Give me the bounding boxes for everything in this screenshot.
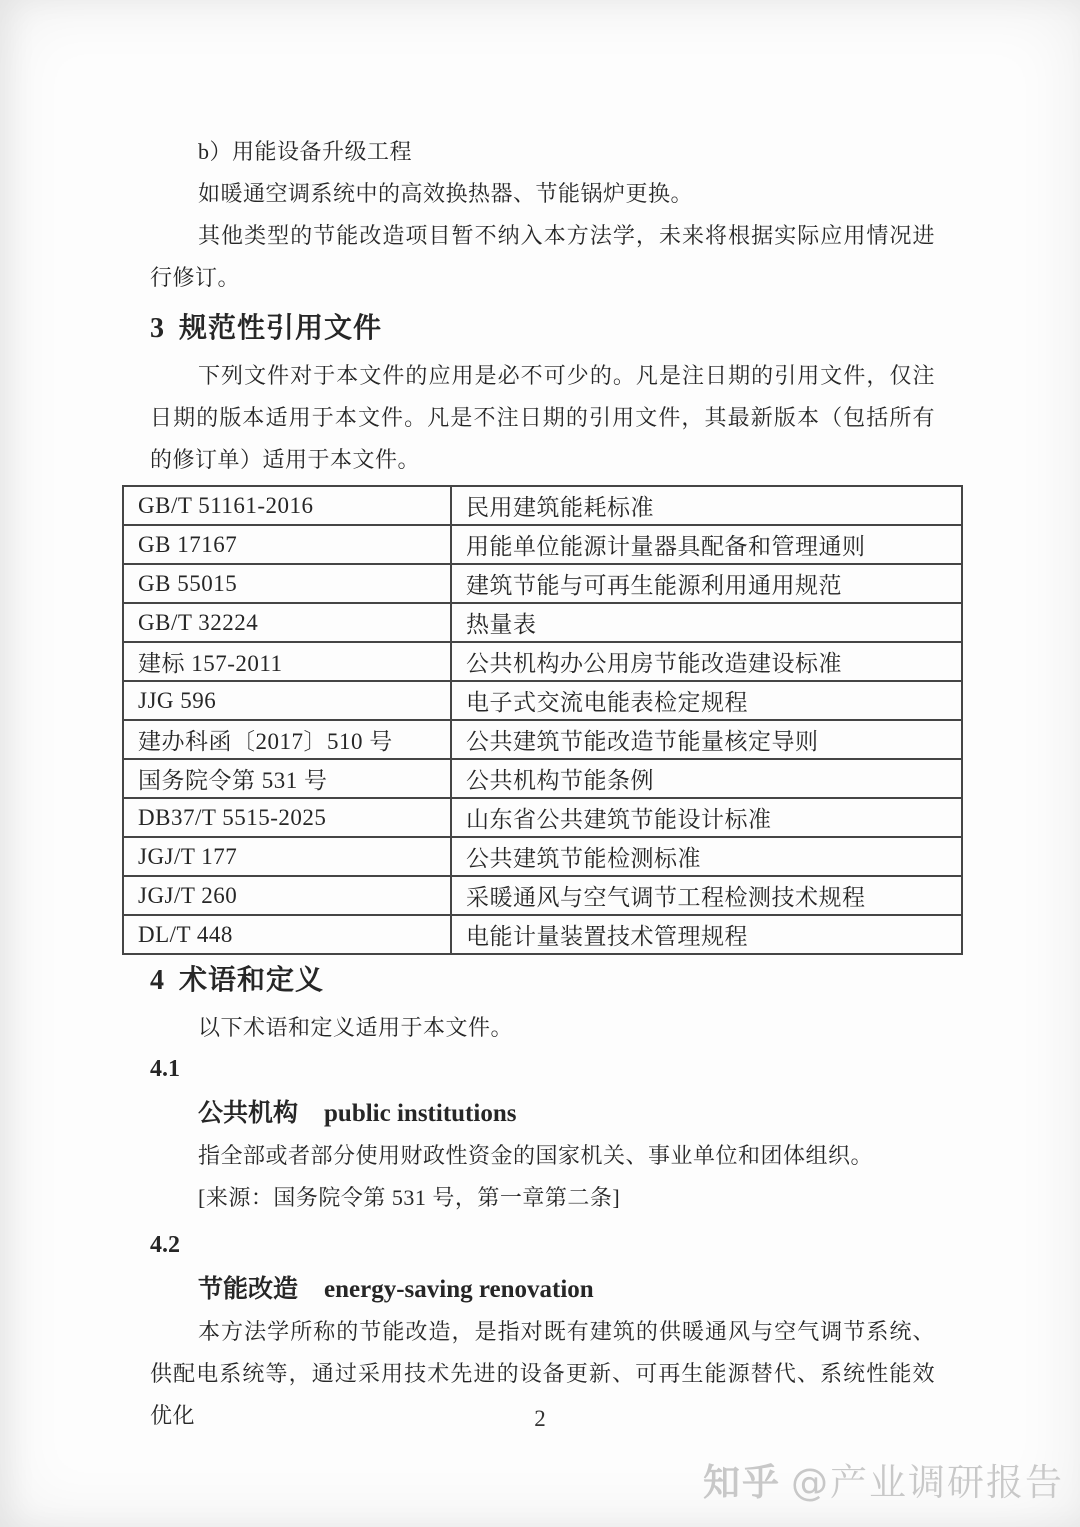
reference-code: JJG 596	[123, 681, 451, 720]
table-row: JJG 596 电子式交流电能表检定规程	[123, 681, 962, 720]
term-4-1-definition: 指全部或者部分使用财政性资金的国家机关、事业单位和团体组织。	[150, 1135, 935, 1177]
term-4-2-en: energy-saving renovation	[324, 1276, 594, 1303]
reference-title: 电能计量装置技术管理规程	[451, 915, 962, 954]
term-4-2-zh: 节能改造	[198, 1276, 298, 1303]
table-row: DB37/T 5515-2025 山东省公共建筑节能设计标准	[123, 798, 962, 837]
term-4-2-number: 4.2	[150, 1227, 935, 1263]
scope-note-paragraph: 其他类型的节能改造项目暂不纳入本方法学，未来将根据实际应用情况进行修订。	[150, 215, 935, 299]
page-number: 2	[0, 1406, 1080, 1432]
section-4-heading: 4术语和定义	[150, 961, 935, 1001]
reference-code: JGJ/T 260	[123, 876, 451, 915]
term-4-1-number: 4.1	[150, 1051, 935, 1087]
section-4-intro-paragraph: 以下术语和定义适用于本文件。	[150, 1007, 935, 1049]
reference-code: GB 55015	[123, 564, 451, 603]
reference-title: 用能单位能源计量器具配备和管理通则	[451, 525, 962, 564]
section-4-number: 4	[150, 965, 165, 996]
reference-title: 民用建筑能耗标准	[451, 486, 962, 525]
table-row: 建标 157-2011 公共机构办公用房节能改造建设标准	[123, 642, 962, 681]
term-4-1-zh: 公共机构	[198, 1100, 298, 1127]
document-page: b）用能设备升级工程 如暖通空调系统中的高效换热器、节能锅炉更换。 其他类型的节…	[0, 0, 1080, 1527]
section-3-title: 规范性引用文件	[179, 313, 382, 344]
table-row: 国务院令第 531 号 公共机构节能条例	[123, 759, 962, 798]
term-4-1-en: public institutions	[324, 1100, 516, 1127]
page-content: b）用能设备升级工程 如暖通空调系统中的高效换热器、节能锅炉更换。 其他类型的节…	[150, 0, 935, 1437]
term-4-1-source: [来源：国务院令第 531 号，第一章第二条]	[150, 1177, 935, 1219]
reference-code: GB/T 51161-2016	[123, 486, 451, 525]
table-row: GB/T 32224 热量表	[123, 603, 962, 642]
section-3-intro-paragraph: 下列文件对于本文件的应用是必不可少的。凡是注日期的引用文件，仅注日期的版本适用于…	[150, 355, 935, 481]
reference-code: JGJ/T 177	[123, 837, 451, 876]
table-row: DL/T 448 电能计量装置技术管理规程	[123, 915, 962, 954]
reference-title: 采暖通风与空气调节工程检测技术规程	[451, 876, 962, 915]
table-row: GB 55015 建筑节能与可再生能源利用通用规范	[123, 564, 962, 603]
section-4-title: 术语和定义	[179, 965, 324, 996]
reference-title: 公共机构节能条例	[451, 759, 962, 798]
list-item-b: b）用能设备升级工程	[150, 131, 935, 173]
reference-title: 公共建筑节能改造节能量核定导则	[451, 720, 962, 759]
watermark-handle: @产业调研报告	[791, 1461, 1064, 1504]
table-row: 建办科函〔2017〕510 号 公共建筑节能改造节能量核定导则	[123, 720, 962, 759]
reference-code: 国务院令第 531 号	[123, 759, 451, 798]
section-3-heading: 3规范性引用文件	[150, 309, 935, 349]
reference-title: 公共机构办公用房节能改造建设标准	[451, 642, 962, 681]
normative-references-table: GB/T 51161-2016 民用建筑能耗标准 GB 17167 用能单位能源…	[122, 485, 963, 955]
section-3-number: 3	[150, 313, 165, 344]
reference-title: 热量表	[451, 603, 962, 642]
reference-code: GB/T 32224	[123, 603, 451, 642]
reference-code: DB37/T 5515-2025	[123, 798, 451, 837]
reference-code: 建办科函〔2017〕510 号	[123, 720, 451, 759]
table-row: GB 17167 用能单位能源计量器具配备和管理通则	[123, 525, 962, 564]
example-line: 如暖通空调系统中的高效换热器、节能锅炉更换。	[150, 173, 935, 215]
reference-code: 建标 157-2011	[123, 642, 451, 681]
reference-title: 山东省公共建筑节能设计标准	[451, 798, 962, 837]
reference-code: DL/T 448	[123, 915, 451, 954]
zhihu-watermark: 知乎@产业调研报告	[703, 1452, 1064, 1506]
reference-code: GB 17167	[123, 525, 451, 564]
term-4-1-line: 公共机构public institutions	[150, 1095, 935, 1133]
reference-title: 电子式交流电能表检定规程	[451, 681, 962, 720]
zhihu-logo: 知乎	[703, 1461, 781, 1504]
reference-title: 建筑节能与可再生能源利用通用规范	[451, 564, 962, 603]
reference-title: 公共建筑节能检测标准	[451, 837, 962, 876]
table-row: JGJ/T 260 采暖通风与空气调节工程检测技术规程	[123, 876, 962, 915]
term-4-2-line: 节能改造energy-saving renovation	[150, 1271, 935, 1309]
table-row: JGJ/T 177 公共建筑节能检测标准	[123, 837, 962, 876]
table-row: GB/T 51161-2016 民用建筑能耗标准	[123, 486, 962, 525]
